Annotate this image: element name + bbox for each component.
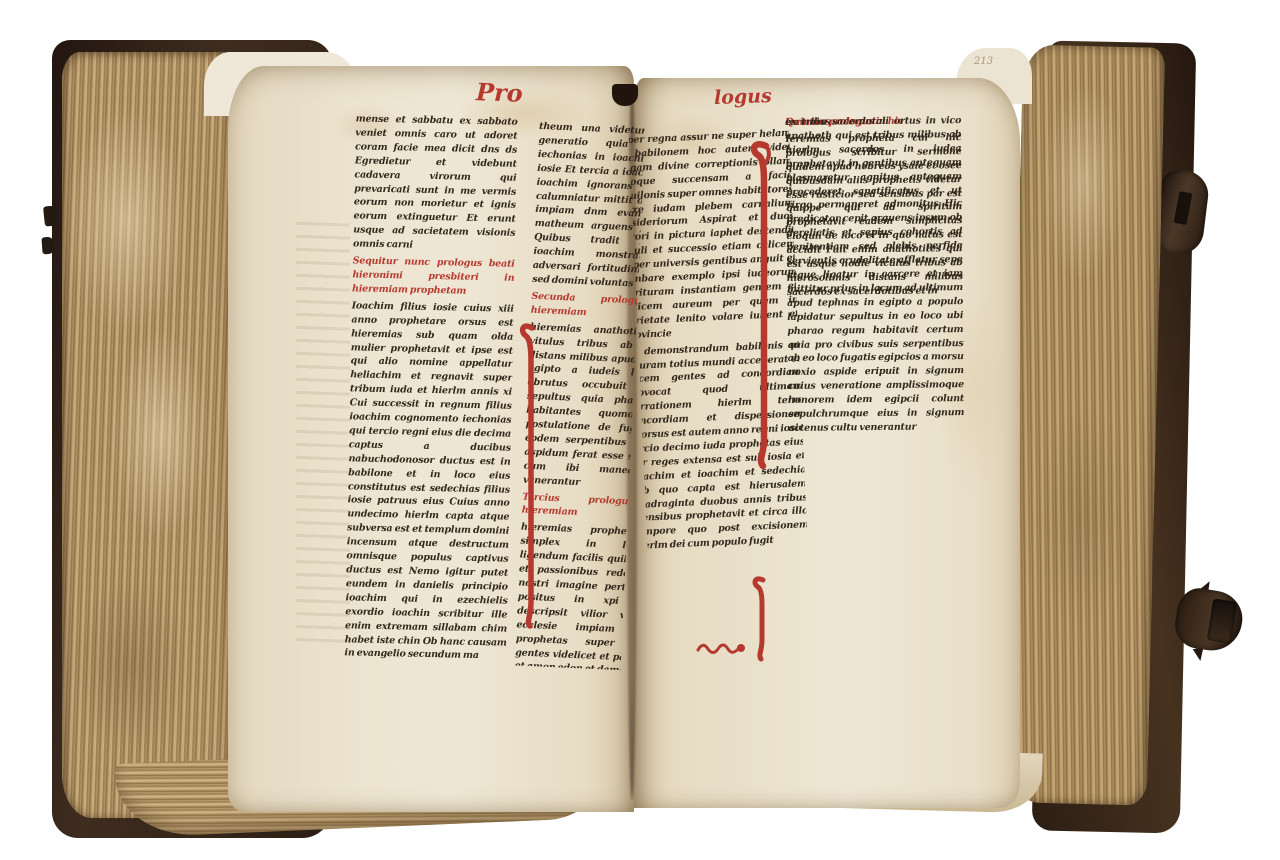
text-block: Ieremias Quartus prologus ex tribu sacer… xyxy=(785,114,961,116)
manuscript-book: Pro logus 213 mense et sabbatu ex sabbat… xyxy=(0,0,1280,860)
rubric-heading: Secunda prologus in hieremiam xyxy=(530,290,645,325)
text-block: super regna assur ne super helam et babi… xyxy=(629,127,800,343)
line-filler-squiggle-icon xyxy=(696,638,746,656)
running-header-right: logus xyxy=(714,85,772,109)
column-text: mense et sabbatu ex sabbato veniet omnis… xyxy=(344,112,517,664)
text-block: Ioachim filius iosie cuius xiii anno pro… xyxy=(344,299,514,664)
column-text: Ieremias Quartus prologus ex tribu sacer… xyxy=(785,114,963,300)
photo-canvas: Pro logus 213 mense et sabbatu ex sabbat… xyxy=(0,0,1280,860)
rubric-heading: Sequitur nunc prologus beati hieronimi p… xyxy=(352,254,515,299)
column-text: super regna assur ne super helam et babi… xyxy=(629,127,810,555)
running-header-left: Pro xyxy=(476,77,524,108)
ink-show-through xyxy=(296,222,350,646)
spine-top-gap xyxy=(612,84,638,106)
fore-edge-right xyxy=(1005,44,1165,805)
text-block: ad demonstrandum babilonis ut figuram to… xyxy=(629,338,810,554)
clasp-catch-pin-icon xyxy=(43,205,58,226)
text-block: mense et sabbatu ex sabbato veniet omnis… xyxy=(353,112,518,254)
fore-edge-left xyxy=(62,52,232,818)
right-page-column-2: Ieremias Quartus prologus ex tribu sacer… xyxy=(785,111,967,667)
left-page-column-1: mense et sabbatu ex sabbato veniet omnis… xyxy=(344,112,517,665)
text-block: theum una videtur deesse generatio quia … xyxy=(532,120,645,294)
rubric-heading: Tercius prologus in hieremiam xyxy=(521,490,645,525)
text-block: hieremias anathotites est vitulus tribus… xyxy=(523,320,646,494)
folio-number: 213 xyxy=(974,56,993,67)
text-block: ex tribu sacerdotali ortus in vico anath… xyxy=(785,114,964,436)
clasp-catch-pin-icon xyxy=(41,237,54,255)
